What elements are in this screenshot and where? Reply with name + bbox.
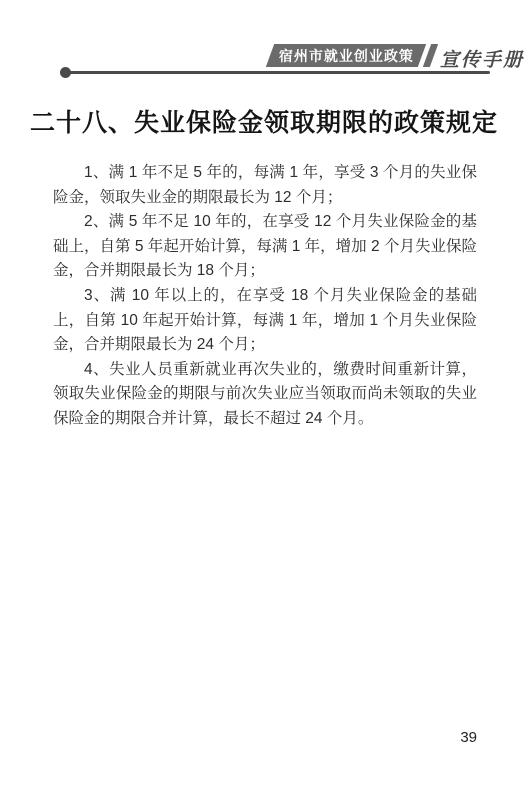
handbook-label: 宣传手册	[440, 45, 524, 72]
policy-banner-label: 宿州市就业创业政策	[279, 46, 414, 66]
page-number: 39	[460, 729, 477, 746]
slash-divider-icon	[423, 44, 438, 67]
header-rule	[63, 71, 490, 74]
article-paragraph-1: 1、满 1 年不足 5 年的，每满 1 年，享受 3 个月的失业保险金，领取失业…	[53, 161, 477, 210]
article-paragraph-3: 3、满 10 年以上的，在享受 18 个月失业保险金的基础上，自第 10 年起开…	[53, 284, 477, 358]
article-paragraph-4: 4、失业人员重新就业再次失业的，缴费时间重新计算，领取失业保险金的期限与前次失业…	[53, 358, 477, 432]
article-title: 二十八、失业保险金领取期限的政策规定	[0, 103, 528, 139]
article-paragraph-2: 2、满 5 年不足 10 年的，在享受 12 个月失业保险金的基础上，自第 5 …	[53, 210, 477, 284]
header-rule-dot-icon	[60, 67, 71, 78]
handbook-page: 宿州市就业创业政策 宣传手册 二十八、失业保险金领取期限的政策规定 1、满 1 …	[0, 0, 528, 793]
policy-banner: 宿州市就业创业政策	[266, 44, 426, 67]
article-body: 1、满 1 年不足 5 年的，每满 1 年，享受 3 个月的失业保险金，领取失业…	[53, 161, 477, 432]
